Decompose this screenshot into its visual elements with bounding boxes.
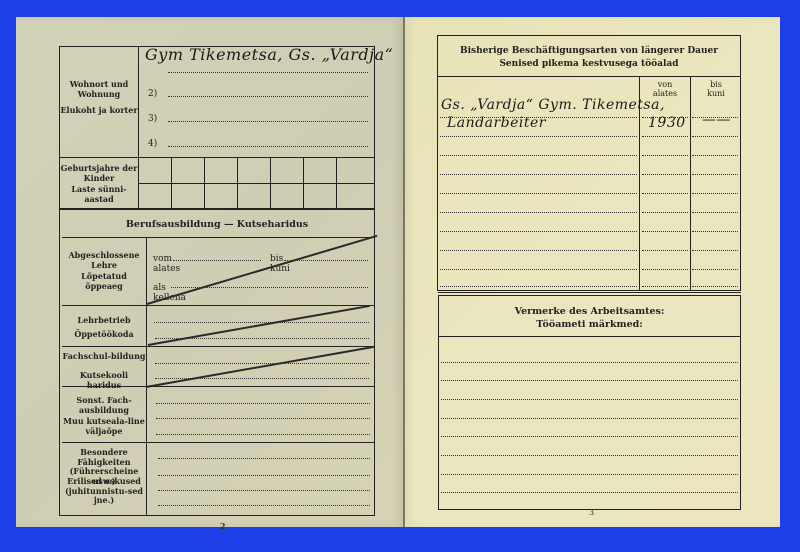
row-line[interactable] <box>440 269 637 270</box>
notes-line[interactable] <box>441 474 738 475</box>
divider <box>690 76 691 291</box>
children-label-et: Laste sünni-aastad <box>60 185 138 204</box>
other-training-label-et: Muu kutseala-line väljaõpe <box>62 417 146 436</box>
row-line[interactable] <box>692 250 738 251</box>
employment-table-frame <box>437 35 741 291</box>
notes-title-de: Vermerke des Arbeitsamtes: <box>438 305 741 318</box>
divider <box>438 336 741 337</box>
page-number-right: 3 <box>589 508 594 517</box>
children-label-de: Geburtsjahre der Kinder <box>60 164 138 183</box>
row-line[interactable] <box>692 269 738 270</box>
book-spine <box>403 17 405 527</box>
divider <box>146 237 147 515</box>
residence-line-4[interactable] <box>168 146 368 147</box>
notes-line[interactable] <box>441 436 738 437</box>
row-line[interactable] <box>642 136 688 137</box>
from-field[interactable] <box>173 260 261 261</box>
residence-line-3[interactable] <box>168 121 368 122</box>
notes-line[interactable] <box>441 362 738 363</box>
as-label-de: als <box>153 283 166 293</box>
notes-line[interactable] <box>441 455 738 456</box>
row-line[interactable] <box>642 117 688 118</box>
notes-title-et: Tööameti märkmed: <box>438 318 741 331</box>
row-line[interactable] <box>692 174 738 175</box>
special-skills-label-et: Erilised oskused (juhitunnistu-sed jne.) <box>62 477 146 506</box>
row-line[interactable] <box>440 250 637 251</box>
row-line[interactable] <box>440 231 637 232</box>
residence-label-de: Wohnort und Wohnung <box>60 80 138 99</box>
residence-line-number: 4) <box>148 139 157 149</box>
employment-title-et: Senised pikema kestvusega tööalad <box>437 58 741 71</box>
divider <box>59 208 375 210</box>
grid-divider <box>139 183 375 184</box>
other-training-label-de: Sonst. Fach-ausbildung <box>62 396 146 415</box>
training-company-label-de: Lehrbetrieb <box>62 316 146 326</box>
row-line[interactable] <box>440 212 637 213</box>
divider <box>62 386 375 387</box>
special-skills-line-1[interactable] <box>158 458 370 459</box>
row-line[interactable] <box>642 174 688 175</box>
residence-line-number: 3) <box>148 114 157 124</box>
row-line[interactable] <box>440 286 637 287</box>
apprenticeship-label-de: Abgeschlossene Lehre <box>62 251 146 270</box>
row-line[interactable] <box>642 250 688 251</box>
divider <box>62 346 375 347</box>
residence-label-et: Elukoht ja korter <box>60 106 138 116</box>
row-line[interactable] <box>440 174 637 175</box>
row-line[interactable] <box>440 117 637 118</box>
residence-line-2[interactable] <box>168 96 368 97</box>
other-training-line-2[interactable] <box>156 418 370 419</box>
row-line[interactable] <box>692 193 738 194</box>
other-training-line-3[interactable] <box>156 434 370 435</box>
divider <box>59 157 375 158</box>
row-line[interactable] <box>642 193 688 194</box>
employment-title-de: Bisherige Beschäftigungsarten von länger… <box>437 45 741 58</box>
notes-line[interactable] <box>441 492 738 493</box>
row-line[interactable] <box>642 231 688 232</box>
row-line[interactable] <box>692 117 738 118</box>
divider <box>138 46 139 158</box>
vocational-school-label-de: Fachschul-bildung <box>62 352 146 362</box>
row-line[interactable] <box>692 231 738 232</box>
special-skills-line-4[interactable] <box>158 505 370 506</box>
row-line[interactable] <box>642 155 688 156</box>
section-title: Berufsausbildung — Kutseharidus <box>59 219 375 230</box>
vocational-school-line-1[interactable] <box>155 363 369 364</box>
row-line[interactable] <box>440 155 637 156</box>
row-line[interactable] <box>440 136 637 137</box>
col-to-et: kuni <box>691 89 741 99</box>
notes-line[interactable] <box>441 380 738 381</box>
residence-entry-1: Gym Tikemetsa, Gs. „Vardja“ <box>145 45 393 64</box>
occupation-line-1: Gs. „Vardja“ Gym. Tikemetsa, <box>441 97 665 113</box>
vocational-school-label-et: Kutsekooli haridus <box>62 371 146 390</box>
row-line[interactable] <box>642 212 688 213</box>
row-line[interactable] <box>642 269 688 270</box>
divider <box>62 442 375 443</box>
from-label-de: vom <box>153 254 172 264</box>
divider <box>438 292 741 293</box>
apprenticeship-label-et: Lõpetatud õppeaeg <box>62 272 146 291</box>
notes-line[interactable] <box>441 399 738 400</box>
to-year: —— <box>702 112 731 128</box>
other-training-line-1[interactable] <box>156 403 370 404</box>
divider <box>437 76 741 77</box>
row-line[interactable] <box>692 155 738 156</box>
residence-line-1[interactable] <box>168 72 368 73</box>
divider <box>62 237 375 238</box>
row-line[interactable] <box>692 286 738 287</box>
divider <box>62 305 375 306</box>
row-line[interactable] <box>440 193 637 194</box>
special-skills-line-3[interactable] <box>158 490 370 491</box>
special-skills-line-2[interactable] <box>158 475 370 476</box>
row-line[interactable] <box>642 286 688 287</box>
from-label-et: alates <box>153 264 180 274</box>
notes-line[interactable] <box>441 418 738 419</box>
row-line[interactable] <box>692 212 738 213</box>
page-number-left: 2 <box>220 521 226 531</box>
training-company-label-et: Õppetöökoda <box>62 330 146 340</box>
row-line[interactable] <box>692 136 738 137</box>
residence-line-number: 2) <box>148 89 157 99</box>
